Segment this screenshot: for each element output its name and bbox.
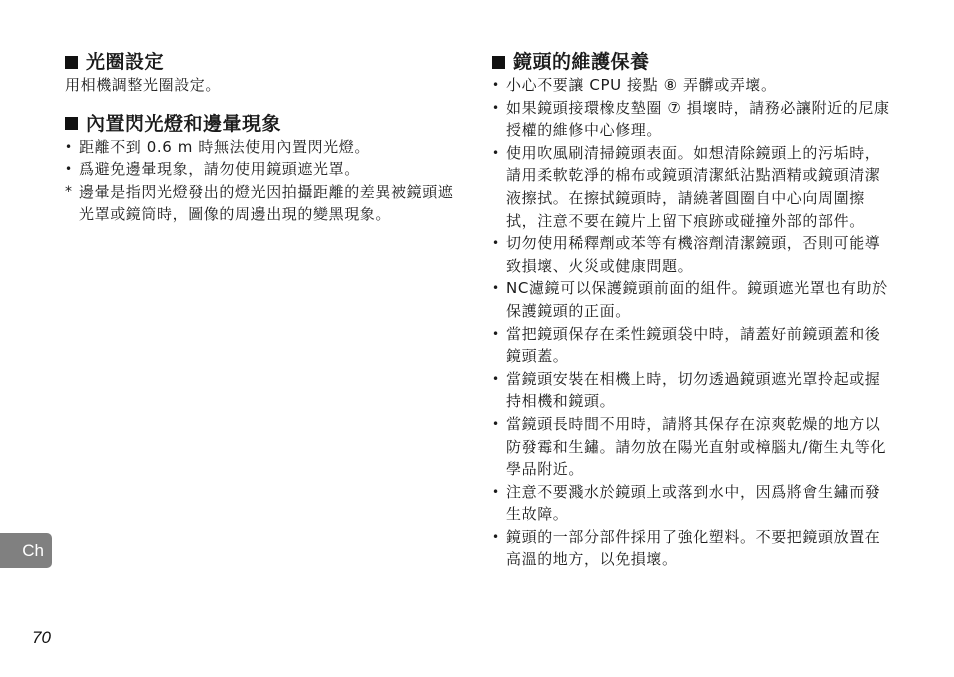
lens-care-list: •小心不要讓 CPU 接點 ⑧ 弄髒或弄壞。 •如果鏡頭接環橡皮墊圈 ⑦ 損壞時… xyxy=(492,74,892,571)
bullet-icon: • xyxy=(492,142,500,165)
list-item: •使用吹風刷清掃鏡頭表面。如想清除鏡頭上的污垢時，請用柔軟乾淨的棉布或鏡頭清潔紙… xyxy=(492,142,892,232)
item-text: 注意不要濺水於鏡頭上或落到水中，因爲將會生鏽而發生故障。 xyxy=(506,483,880,524)
list-item: •注意不要濺水於鏡頭上或落到水中，因爲將會生鏽而發生故障。 xyxy=(492,481,892,526)
list-item: •當鏡頭安裝在相機上時，切勿透過鏡頭遮光罩拎起或握持相機和鏡頭。 xyxy=(492,368,892,413)
item-text: NC濾鏡可以保護鏡頭前面的組件。鏡頭遮光罩也有助於保護鏡頭的正面。 xyxy=(506,279,888,320)
list-item: •當鏡頭長時間不用時，請將其保存在涼爽乾燥的地方以防發霉和生鏽。請勿放在陽光直射… xyxy=(492,413,892,481)
left-column: 光圈設定 用相機調整光圈設定。 內置閃光燈和邊暈現象 •距離不到 0.6 m 時… xyxy=(65,50,465,226)
right-column: 鏡頭的維護保養 •小心不要讓 CPU 接點 ⑧ 弄髒或弄壞。 •如果鏡頭接環橡皮… xyxy=(492,50,892,571)
list-item: •當把鏡頭保存在柔性鏡頭袋中時，請蓋好前鏡頭蓋和後鏡頭蓋。 xyxy=(492,323,892,368)
bullet-icon: • xyxy=(492,232,500,255)
list-item: •小心不要讓 CPU 接點 ⑧ 弄髒或弄壞。 xyxy=(492,74,892,97)
page-number: 70 xyxy=(32,628,51,648)
bullet-icon: • xyxy=(65,158,73,181)
item-text: 爲避免邊暈現象，請勿使用鏡頭遮光罩。 xyxy=(79,160,360,178)
list-item: •如果鏡頭接環橡皮墊圈 ⑦ 損壞時，請務必讓附近的尼康授權的維修中心修理。 xyxy=(492,97,892,142)
item-text: 使用吹風刷清掃鏡頭表面。如想清除鏡頭上的污垢時，請用柔軟乾淨的棉布或鏡頭清潔紙沾… xyxy=(506,144,880,230)
item-text: 當鏡頭長時間不用時，請將其保存在涼爽乾燥的地方以防發霉和生鏽。請勿放在陽光直射或… xyxy=(506,415,886,478)
asterisk-icon: * xyxy=(65,181,73,204)
item-text: 邊暈是指閃光燈發出的燈光因拍攝距離的差異被鏡頭遮光罩或鏡筒時，圖像的周邊出現的變… xyxy=(79,183,453,224)
bullet-icon: • xyxy=(492,277,500,300)
bullet-icon: • xyxy=(492,74,500,97)
note-item: *邊暈是指閃光燈發出的燈光因拍攝距離的差異被鏡頭遮光罩或鏡筒時，圖像的周邊出現的… xyxy=(65,181,465,226)
square-bullet-icon xyxy=(65,56,78,69)
heading-text: 光圈設定 xyxy=(86,50,164,74)
item-text: 當鏡頭安裝在相機上時，切勿透過鏡頭遮光罩拎起或握持相機和鏡頭。 xyxy=(506,370,880,411)
bullet-icon: • xyxy=(492,481,500,504)
list-item: •鏡頭的一部分部件採用了強化塑料。不要把鏡頭放置在高溫的地方，以免損壞。 xyxy=(492,526,892,571)
heading-text: 鏡頭的維護保養 xyxy=(513,50,650,74)
list-item: •爲避免邊暈現象，請勿使用鏡頭遮光罩。 xyxy=(65,158,465,181)
section-heading-flash-vignetting: 內置閃光燈和邊暈現象 xyxy=(65,112,465,136)
language-tab: Ch xyxy=(0,533,52,568)
item-text: 如果鏡頭接環橡皮墊圈 ⑦ 損壞時，請務必讓附近的尼康授權的維修中心修理。 xyxy=(506,99,890,140)
flash-list: •距離不到 0.6 m 時無法使用內置閃光燈。 •爲避免邊暈現象，請勿使用鏡頭遮… xyxy=(65,136,465,226)
bullet-icon: • xyxy=(65,136,73,159)
bullet-icon: • xyxy=(492,97,500,120)
bullet-icon: • xyxy=(492,526,500,549)
list-item: •距離不到 0.6 m 時無法使用內置閃光燈。 xyxy=(65,136,465,159)
item-text: 切勿使用稀釋劑或苯等有機溶劑清潔鏡頭，否則可能導致損壞、火災或健康問題。 xyxy=(506,234,880,275)
bullet-icon: • xyxy=(492,323,500,346)
item-text: 小心不要讓 CPU 接點 ⑧ 弄髒或弄壞。 xyxy=(506,76,777,94)
bullet-icon: • xyxy=(492,368,500,391)
item-text: 距離不到 0.6 m 時無法使用內置閃光燈。 xyxy=(79,138,370,156)
section-heading-aperture: 光圈設定 xyxy=(65,50,465,74)
list-item: •NC濾鏡可以保護鏡頭前面的組件。鏡頭遮光罩也有助於保護鏡頭的正面。 xyxy=(492,277,892,322)
section-heading-lens-care: 鏡頭的維護保養 xyxy=(492,50,892,74)
bullet-icon: • xyxy=(492,413,500,436)
aperture-body: 用相機調整光圈設定。 xyxy=(65,74,465,97)
list-item: •切勿使用稀釋劑或苯等有機溶劑清潔鏡頭，否則可能導致損壞、火災或健康問題。 xyxy=(492,232,892,277)
item-text: 鏡頭的一部分部件採用了強化塑料。不要把鏡頭放置在高溫的地方，以免損壞。 xyxy=(506,528,880,569)
square-bullet-icon xyxy=(492,56,505,69)
heading-text: 內置閃光燈和邊暈現象 xyxy=(86,112,281,136)
square-bullet-icon xyxy=(65,117,78,130)
item-text: 當把鏡頭保存在柔性鏡頭袋中時，請蓋好前鏡頭蓋和後鏡頭蓋。 xyxy=(506,325,880,366)
